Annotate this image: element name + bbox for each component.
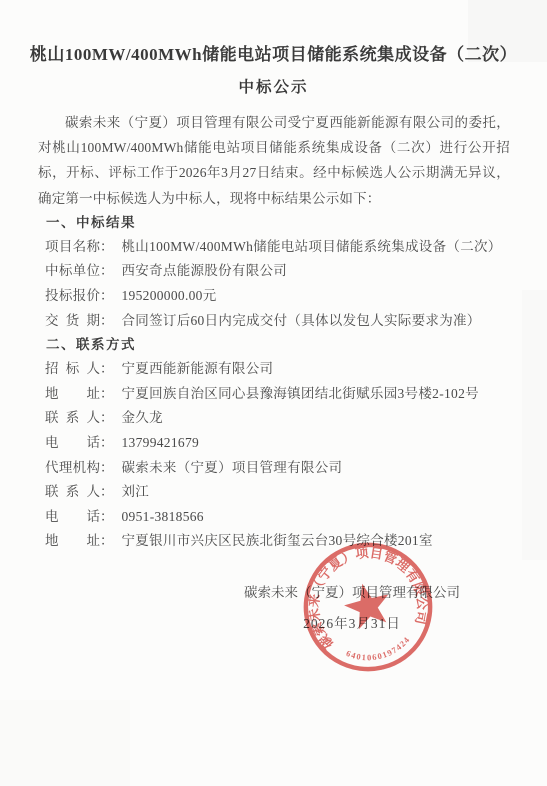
field-colon: ：: [100, 529, 114, 554]
field-row-agency-address: 地址：宁夏银川市兴庆区民族北街玺云台30号综合楼201室: [45, 529, 547, 554]
field-row-bid-price: 投标报价：195200000.00元: [45, 284, 547, 309]
field-value: 195200000.00元: [122, 288, 217, 303]
field-label: 投标报价: [45, 284, 100, 309]
field-value: 刘江: [122, 484, 150, 499]
field-value: 宁夏西能新能源有限公司: [122, 361, 274, 376]
field-colon: ：: [100, 235, 114, 260]
field-row-agency-contact: 联系人：刘江: [45, 480, 547, 505]
field-row-winning-bidder: 中标单位：西安奇点能源股份有限公司: [45, 259, 547, 284]
field-colon: ：: [100, 382, 114, 407]
field-label: 电话: [45, 431, 100, 456]
field-value: 碳索未来（宁夏）项目管理有限公司: [122, 460, 343, 475]
field-value: 合同签订后60日内完成交付（具体以发包人实际要求为准）: [122, 313, 481, 328]
field-value: 宁夏回族自治区同心县豫海镇团结北街赋乐园3号楼2-102号: [122, 386, 479, 401]
seal-number-text: 6401060197424: [343, 633, 415, 669]
signature-block: 碳索未来（宁夏）项目管理有限公司 2026年3月31日: [236, 580, 468, 637]
field-row-project-name: 项目名称：桃山100MW/400MWh储能电站项目储能系统集成设备（二次）: [45, 235, 547, 260]
field-label: 项目名称: [45, 235, 100, 260]
signature-company: 碳索未来（宁夏）项目管理有限公司: [236, 580, 468, 606]
field-label: 联系人: [45, 480, 100, 505]
section-heading-contacts: 二、联系方式: [46, 333, 547, 357]
field-colon: ：: [100, 309, 114, 334]
field-row-tenderer-address: 地址：宁夏回族自治区同心县豫海镇团结北街赋乐园3号楼2-102号: [45, 382, 547, 407]
field-value: 金久龙: [122, 410, 163, 425]
field-colon: ：: [100, 456, 114, 481]
field-row-tenderer-contact: 联系人：金久龙: [45, 406, 547, 431]
field-label: 电话: [45, 505, 100, 530]
document-page: 桃山100MW/400MWh储能电站项目储能系统集成设备（二次） 中标公示 碳索…: [0, 0, 547, 786]
signature-date: 2026年3月31日: [236, 611, 468, 637]
document-title: 桃山100MW/400MWh储能电站项目储能系统集成设备（二次）: [22, 44, 525, 66]
field-colon: ：: [100, 357, 114, 382]
field-colon: ：: [100, 505, 114, 530]
field-colon: ：: [100, 406, 114, 431]
intro-paragraph: 碳索未来（宁夏）项目管理有限公司受宁夏西能新能源有限公司的委托，对桃山100MW…: [38, 110, 510, 211]
field-label: 招标人: [45, 357, 100, 382]
field-label: 联系人: [45, 406, 100, 431]
field-colon: ：: [100, 284, 114, 309]
field-value: 13799421679: [122, 435, 200, 450]
scan-artifact: [0, 700, 130, 786]
field-value: 桃山100MW/400MWh储能电站项目储能系统集成设备（二次）: [122, 239, 502, 254]
field-label: 代理机构: [45, 456, 100, 481]
field-label: 中标单位: [45, 259, 100, 284]
field-colon: ：: [100, 480, 114, 505]
field-label: 交货期: [45, 309, 100, 334]
field-label: 地址: [45, 382, 100, 407]
field-value: 宁夏银川市兴庆区民族北街玺云台30号综合楼201室: [122, 533, 433, 548]
field-row-agency-phone: 电话：0951-3818566: [45, 505, 547, 530]
field-colon: ：: [100, 431, 114, 456]
field-row-tenderer: 招标人：宁夏西能新能源有限公司: [45, 357, 547, 382]
field-value: 0951-3818566: [122, 509, 204, 524]
section-heading-results: 一、中标结果: [46, 211, 547, 235]
field-label: 地址: [45, 529, 100, 554]
document-subtitle: 中标公示: [0, 77, 547, 99]
field-value: 西安奇点能源股份有限公司: [122, 263, 288, 278]
field-colon: ：: [100, 259, 114, 284]
field-row-delivery-period: 交货期：合同签订后60日内完成交付（具体以发包人实际要求为准）: [45, 309, 547, 334]
field-row-agency: 代理机构：碳索未来（宁夏）项目管理有限公司: [45, 456, 547, 481]
field-row-tenderer-phone: 电话：13799421679: [45, 431, 547, 456]
